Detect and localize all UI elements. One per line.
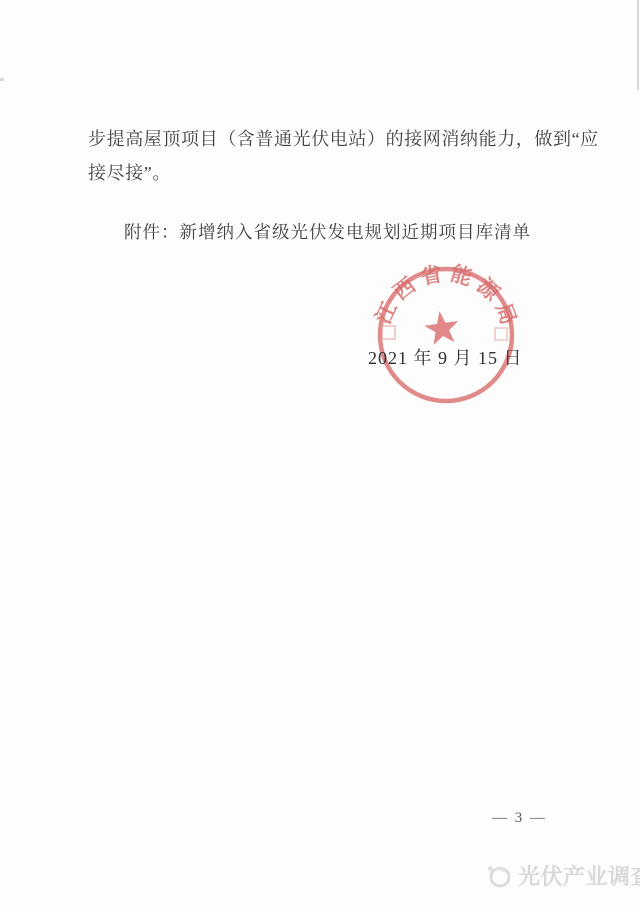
seal-faded-character-right [495, 328, 507, 340]
body-text-line-2: 接尽接”。 [88, 159, 171, 185]
seal-star-icon [423, 309, 461, 346]
seal-ring [380, 269, 512, 401]
seal-faded-character-left [382, 326, 395, 339]
official-seal-stamp: 江西省能源局 [366, 255, 526, 415]
seal-arc-text: 江西省能源局 [371, 261, 523, 334]
scan-speck [0, 78, 4, 81]
document-date: 2021 年 9 月 15 日 [368, 344, 523, 370]
document-page: 步提高屋顶项目（含普通光伏电站）的接网消纳能力，做到“应 接尽接”。 附件：新增… [0, 0, 640, 905]
scan-edge-line [637, 0, 639, 90]
watermark-logo-icon [485, 862, 513, 890]
page-number: — 3 — [492, 810, 547, 827]
body-text-line-1: 步提高屋顶项目（含普通光伏电站）的接网消纳能力，做到“应 [88, 125, 599, 151]
watermark-label: 光伏产业调查 [518, 860, 640, 891]
watermark: 光伏产业调查 [485, 860, 640, 891]
attachment-line: 附件：新增纳入省级光伏发电规划近期项目库清单 [124, 219, 531, 244]
